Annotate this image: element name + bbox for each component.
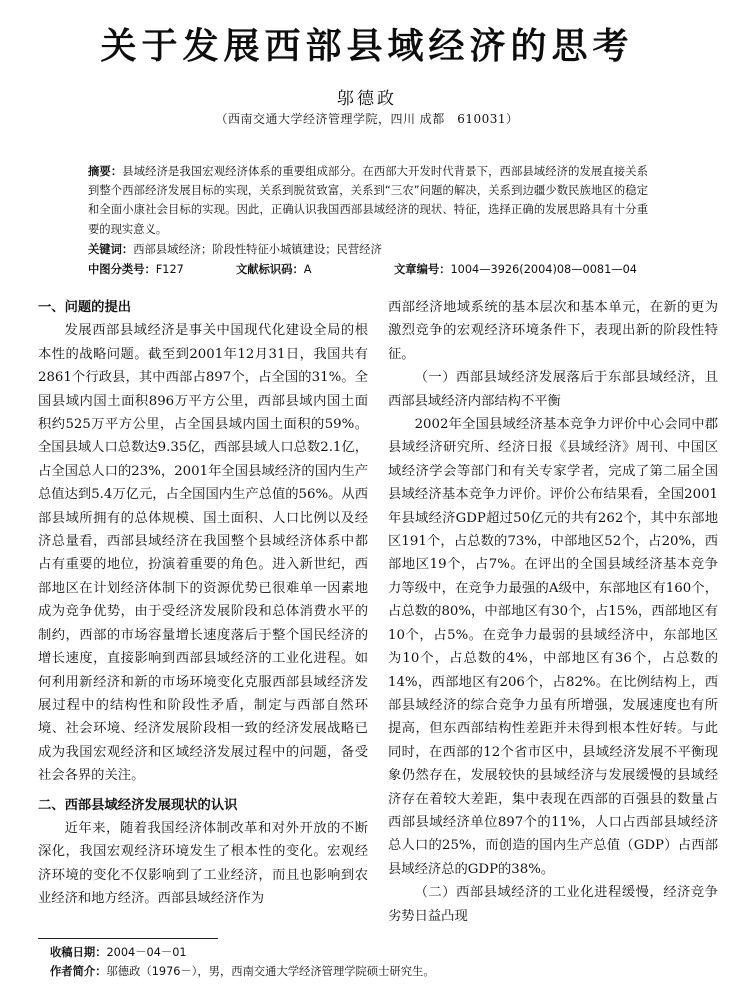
- paper-title: 关于发展西部县域经济的思考: [0, 18, 734, 69]
- abstract-label: 摘要：: [88, 165, 122, 178]
- received-value: 2004－04－01: [107, 946, 187, 959]
- footnote-divider: [38, 938, 218, 939]
- received-label: 收稿日期：: [50, 946, 107, 959]
- abstract-text: 县域经济是我国宏观经济体系的重要组成部分。在西部大开发时代背景下，西部县域经济的…: [88, 165, 648, 236]
- footnote: 收稿日期：2004－04－01 作者简介：邬德政（1976－），男，西南交通大学…: [50, 943, 650, 981]
- keywords: 关键词：西部县域经济；阶段性特征小城镇建设；民营经济: [88, 241, 648, 259]
- clc-label: 中图分类号：: [88, 263, 156, 276]
- keywords-label: 关键词：: [88, 243, 133, 256]
- author-name: 邬德政: [0, 84, 734, 109]
- section-heading-1: 一、问题的提出: [38, 296, 368, 319]
- received-date: 收稿日期：2004－04－01: [50, 943, 650, 962]
- keywords-text: 西部县域经济；阶段性特征小城镇建设；民营经济: [133, 243, 382, 256]
- subsection-1-paragraph: 2002年全国县域经济基本竞争力评价中心会同中郡县域经济研究所、经济日报《县域经…: [388, 413, 718, 881]
- doc-code-value: A: [304, 263, 312, 276]
- clc-value: F127: [156, 263, 184, 276]
- article-no-label: 文章编号：: [394, 263, 451, 276]
- section-heading-2: 二、西部县域经济发展现状的认识: [38, 794, 368, 817]
- author-bio-label: 作者简介：: [50, 965, 107, 978]
- article-number: 文章编号：1004—3926(2004)08—0081—04: [394, 261, 637, 279]
- section-2-paragraph: 近年来，随着我国经济体制改革和对外开放的不断深化，我国宏观经济环境发生了根本性的…: [38, 817, 368, 911]
- author-affiliation: （西南交通大学经济管理学院，四川 成都 610031）: [0, 110, 734, 127]
- clc-code: 中图分类号：F127: [88, 261, 184, 279]
- subsection-heading-1: （一）西部县域经济发展落后于东部县域经济，且西部县域经济内部结构不平衡: [388, 366, 718, 413]
- continued-paragraph: 西部经济地域系统的基本层次和基本单元，在新的更为激烈竞争的宏观经济环境条件下，表…: [388, 296, 718, 366]
- left-column: 一、问题的提出 发展西部县域经济是事关中国现代化建设全局的根本性的战略问题。截至…: [38, 296, 368, 911]
- right-column: 西部经济地域系统的基本层次和基本单元，在新的更为激烈竞争的宏观经济环境条件下，表…: [388, 296, 718, 928]
- doc-code-label: 文献标识码：: [236, 263, 304, 276]
- author-bio-value: 邬德政（1976－），男，西南交通大学经济管理学院硕士研究生。: [107, 965, 435, 978]
- author-bio: 作者简介：邬德政（1976－），男，西南交通大学经济管理学院硕士研究生。: [50, 962, 650, 981]
- article-no-value: 1004—3926(2004)08—0081—04: [451, 263, 637, 276]
- section-1-paragraph: 发展西部县域经济是事关中国现代化建设全局的根本性的战略问题。截至到2001年12…: [38, 319, 368, 787]
- abstract: 摘要：县域经济是我国宏观经济体系的重要组成部分。在西部大开发时代背景下，西部县域…: [88, 162, 648, 239]
- subsection-heading-2: （二）西部县域经济的工业化进程缓慢，经济竞争劣势日益凸现: [388, 881, 718, 928]
- doc-code: 文献标识码：A: [236, 261, 312, 279]
